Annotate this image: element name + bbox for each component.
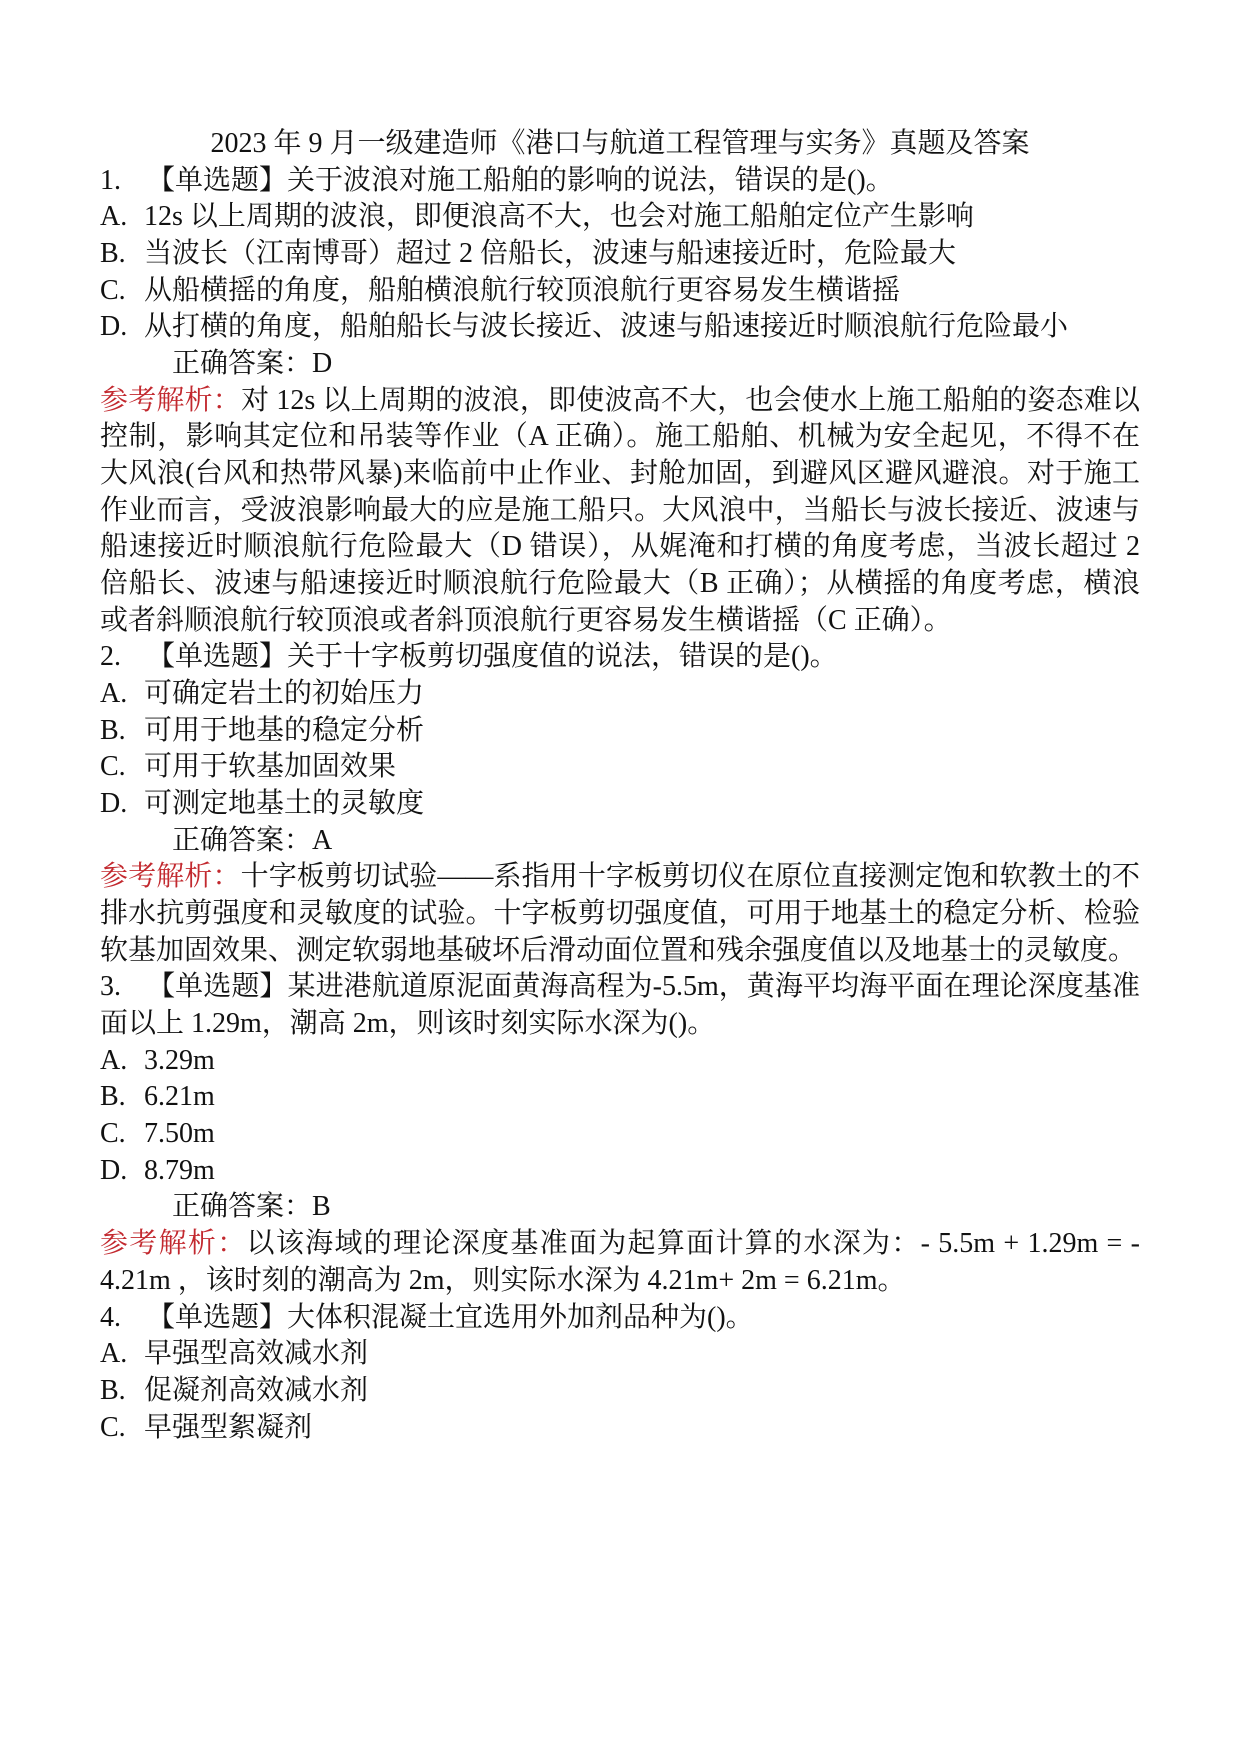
option-letter: A. [100, 199, 144, 236]
option-list: A.3.29m B.6.21m C.7.50m D.8.79m [100, 1043, 1140, 1190]
answer-value: B [312, 1191, 331, 1222]
option-text: 可用于软基加固效果 [144, 751, 396, 782]
option-text: 促凝剂高效减水剂 [144, 1375, 368, 1406]
option-letter: C. [100, 749, 144, 786]
question-stem: 1.【单选题】关于波浪对施工船舶的影响的说法，错误的是()。 [100, 163, 1140, 200]
question-block: 4.【单选题】大体积混凝土宜选用外加剂品种为()。 A.早强型高效减水剂 B.促… [100, 1300, 1140, 1447]
option-letter: C. [100, 273, 144, 310]
answer-line: 正确答案：B [100, 1189, 1140, 1226]
question-number: 1. [100, 163, 147, 200]
question-type-tag: 【单选题】 [147, 165, 287, 196]
analysis-paragraph: 参考解析：对 12s 以上周期的波浪，即使波高不大，也会使水上施工船舶的姿态难以… [100, 383, 1140, 640]
option-row: A.可确定岩土的初始压力 [100, 676, 1140, 713]
option-row: B.促凝剂高效减水剂 [100, 1373, 1140, 1410]
option-row: A.早强型高效减水剂 [100, 1336, 1140, 1373]
question-number: 3. [100, 969, 147, 1006]
option-letter: A. [100, 676, 144, 713]
question-type-tag: 【单选题】 [147, 1302, 287, 1333]
page-title: 2023 年 9 月一级建造师《港口与航道工程管理与实务》真题及答案 [100, 126, 1140, 163]
option-letter: D. [100, 309, 144, 346]
option-letter: D. [100, 786, 144, 823]
option-list: A.早强型高效减水剂 B.促凝剂高效减水剂 C.早强型絮凝剂 [100, 1336, 1140, 1446]
option-row: D.8.79m [100, 1153, 1140, 1190]
question-text: 关于十字板剪切强度值的说法，错误的是()。 [287, 641, 838, 672]
question-type-tag: 【单选题】 [147, 971, 288, 1002]
analysis-paragraph: 参考解析：以该海域的理论深度基准面为起算面计算的水深为：- 5.5m + 1.2… [100, 1226, 1140, 1299]
option-row: C.早强型絮凝剂 [100, 1410, 1140, 1447]
option-list: A.12s 以上周期的波浪，即便浪高不大，也会对施工船舶定位产生影响 B.当波长… [100, 199, 1140, 346]
option-row: B.6.21m [100, 1079, 1140, 1116]
option-letter: A. [100, 1043, 144, 1080]
question-block: 1.【单选题】关于波浪对施工船舶的影响的说法，错误的是()。 A.12s 以上周… [100, 163, 1140, 640]
option-letter: B. [100, 1079, 144, 1116]
answer-label: 正确答案： [172, 825, 312, 856]
option-row: D.从打横的角度，船舶船长与波长接近、波速与船速接近时顺浪航行危险最小 [100, 309, 1140, 346]
option-text: 早强型高效减水剂 [144, 1338, 368, 1369]
option-text: 7.50m [144, 1118, 215, 1149]
answer-value: A [312, 825, 332, 856]
answer-label: 正确答案： [172, 1191, 312, 1222]
question-text: 关于波浪对施工船舶的影响的说法，错误的是()。 [287, 165, 894, 196]
analysis-text: 对 12s 以上周期的波浪，即使波高不大，也会使水上施工船舶的姿态难以控制，影响… [100, 385, 1140, 636]
question-text: 大体积混凝土宜选用外加剂品种为()。 [287, 1302, 754, 1333]
option-text: 12s 以上周期的波浪，即便浪高不大，也会对施工船舶定位产生影响 [144, 201, 974, 232]
option-row: A.12s 以上周期的波浪，即便浪高不大，也会对施工船舶定位产生影响 [100, 199, 1140, 236]
analysis-label: 参考解析： [100, 861, 241, 892]
option-letter: D. [100, 1153, 144, 1190]
analysis-label: 参考解析： [100, 1228, 247, 1259]
option-letter: B. [100, 236, 144, 273]
option-row: A.3.29m [100, 1043, 1140, 1080]
option-letter: B. [100, 713, 144, 750]
option-letter: C. [100, 1116, 144, 1153]
question-number: 2. [100, 639, 147, 676]
option-text: 可用于地基的稳定分析 [144, 715, 424, 746]
question-number: 4. [100, 1300, 147, 1337]
option-list: A.可确定岩土的初始压力 B.可用于地基的稳定分析 C.可用于软基加固效果 D.… [100, 676, 1140, 823]
answer-label: 正确答案： [172, 348, 312, 379]
question-stem: 2.【单选题】关于十字板剪切强度值的说法，错误的是()。 [100, 639, 1140, 676]
question-stem: 3.【单选题】某进港航道原泥面黄海高程为-5.5m，黄海平均海平面在理论深度基准… [100, 969, 1140, 1042]
question-stem: 4.【单选题】大体积混凝土宜选用外加剂品种为()。 [100, 1300, 1140, 1337]
answer-value: D [312, 348, 332, 379]
exam-document-page: { "page": { "title": "2023 年 9 月一级建造师《港口… [0, 0, 1240, 1754]
option-letter: B. [100, 1373, 144, 1410]
option-letter: C. [100, 1410, 144, 1447]
option-text: 8.79m [144, 1155, 215, 1186]
option-text: 当波长（江南博哥）超过 2 倍船长，波速与船速接近时，危险最大 [144, 238, 956, 269]
question-block: 3.【单选题】某进港航道原泥面黄海高程为-5.5m，黄海平均海平面在理论深度基准… [100, 969, 1140, 1299]
option-row: C.从船横摇的角度，船舶横浪航行较顶浪航行更容易发生横谐摇 [100, 273, 1140, 310]
question-block: 2.【单选题】关于十字板剪切强度值的说法，错误的是()。 A.可确定岩土的初始压… [100, 639, 1140, 969]
analysis-label: 参考解析： [100, 385, 241, 416]
option-text: 从打横的角度，船舶船长与波长接近、波速与船速接近时顺浪航行危险最小 [144, 311, 1068, 342]
option-row: C.可用于软基加固效果 [100, 749, 1140, 786]
question-type-tag: 【单选题】 [147, 641, 287, 672]
analysis-text: 十字板剪切试验——系指用十字板剪切仪在原位直接测定饱和软教土的不排水抗剪强度和灵… [100, 861, 1140, 965]
option-row: D.可测定地基土的灵敏度 [100, 786, 1140, 823]
answer-line: 正确答案：A [100, 823, 1140, 860]
option-text: 3.29m [144, 1045, 215, 1076]
option-letter: A. [100, 1336, 144, 1373]
answer-line: 正确答案：D [100, 346, 1140, 383]
analysis-text: 以该海域的理论深度基准面为起算面计算的水深为：- 5.5m + 1.29m = … [100, 1228, 1140, 1296]
option-text: 从船横摇的角度，船舶横浪航行较顶浪航行更容易发生横谐摇 [144, 275, 900, 306]
questions: 1.【单选题】关于波浪对施工船舶的影响的说法，错误的是()。 A.12s 以上周… [100, 163, 1140, 1447]
option-row: B.当波长（江南博哥）超过 2 倍船长，波速与船速接近时，危险最大 [100, 236, 1140, 273]
analysis-paragraph: 参考解析：十字板剪切试验——系指用十字板剪切仪在原位直接测定饱和软教土的不排水抗… [100, 859, 1140, 969]
option-row: B.可用于地基的稳定分析 [100, 713, 1140, 750]
option-row: C.7.50m [100, 1116, 1140, 1153]
option-text: 早强型絮凝剂 [144, 1412, 312, 1443]
option-text: 可测定地基土的灵敏度 [144, 788, 424, 819]
option-text: 可确定岩土的初始压力 [144, 678, 424, 709]
option-text: 6.21m [144, 1081, 215, 1112]
